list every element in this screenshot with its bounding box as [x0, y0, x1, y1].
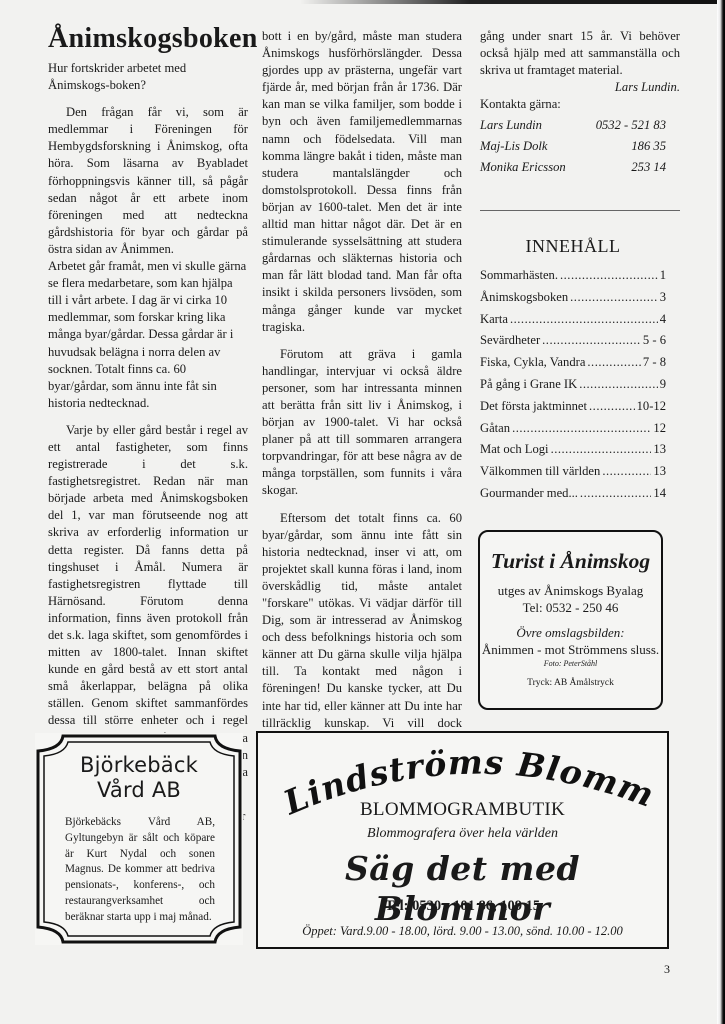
article-paragraph: gång under snart 15 år. Vi behöver också…: [480, 28, 680, 79]
article-lead: Hur fortskrider arbetet med Ånimskogs-bo…: [48, 60, 248, 94]
toc-page: 7 - 8: [643, 352, 666, 374]
printer-credit: Tryck: AB Åmålstryck: [480, 676, 661, 690]
article-title: Ånimskogsboken: [48, 22, 248, 56]
toc-label: Fiska, Cykla, Vandra: [480, 352, 585, 374]
toc-label: Det första jaktminnet: [480, 396, 587, 418]
toc-label: Gourmander med...: [480, 483, 578, 505]
toc-label: Karta: [480, 309, 508, 331]
contact-row: Lars Lundin 0532 - 521 83: [480, 115, 680, 136]
toc-item: Gourmander med...14: [480, 483, 666, 505]
article-signature: Lars Lundin.: [480, 79, 680, 96]
toc-leader: [570, 287, 658, 309]
toc-page: 9: [660, 374, 666, 396]
ad-body: Björkebäcks Vård AB, Gyltungebyn är sålt…: [65, 815, 215, 926]
ad-bjorkeback: Björkebäck Vård AB Björkebäcks Vård AB, …: [35, 733, 243, 945]
cover-label: Övre omslagsbilden:: [480, 624, 661, 641]
ad-slogan: Säg det med Blommor: [258, 849, 667, 929]
ad-tagline: Blommografera över hela världen: [258, 826, 667, 842]
colophon-tel: Tel: 0532 - 250 46: [480, 599, 661, 616]
contact-list: Lars Lundin 0532 - 521 83 Maj-Lis Dolk 1…: [480, 115, 680, 178]
toc-leader: [560, 265, 658, 287]
toc-leader: [580, 483, 651, 505]
toc-item: Sommarhästen.1: [480, 265, 666, 287]
toc-label: Välkommen till världen: [480, 461, 600, 483]
toc-item: Gåtan12: [480, 418, 666, 440]
ad-phone: Tel: 0530 - 101 86, 109 15: [258, 898, 667, 915]
ad-title-line: Vård AB: [35, 778, 243, 803]
toc-item: Mat och Logi13: [480, 439, 666, 461]
toc-page: 3: [660, 287, 666, 309]
toc-label: Sommarhästen.: [480, 265, 558, 287]
toc-label: Mat och Logi: [480, 439, 549, 461]
toc-leader: [551, 439, 652, 461]
ad-title: Björkebäck Vård AB: [35, 753, 243, 803]
ad-subtitle: BLOMMOGRAMBUTIK: [258, 799, 667, 821]
toc-item: På gång i Grane IK9: [480, 374, 666, 396]
toc-page: 1: [660, 265, 666, 287]
scan-edge-shadow: [300, 0, 725, 4]
contact-name: Monika Ericsson: [480, 157, 566, 178]
contact-heading: Kontakta gärna:: [480, 96, 680, 113]
toc-label: Ånimskogsboken: [480, 287, 568, 309]
colophon-box: Turist i Ånimskog utges av Ånimskogs Bya…: [478, 530, 663, 710]
contact-row: Monika Ericsson 253 14: [480, 157, 680, 178]
toc-leader: [510, 309, 658, 331]
table-of-contents: INNEHÅLL Sommarhästen.1 Ånimskogsboken3 …: [480, 236, 666, 505]
article-column-2: bott i en by/gård, måste man studera Åni…: [262, 28, 462, 834]
toc-page: 13: [653, 461, 666, 483]
article-paragraph: bott i en by/gård, måste man studera Åni…: [262, 28, 462, 336]
ad-title-line: Björkebäck: [35, 753, 243, 778]
contact-phone: 0532 - 521 83: [596, 115, 666, 136]
toc-label: Sevärdheter: [480, 330, 540, 352]
toc-label: På gång i Grane IK: [480, 374, 577, 396]
toc-page: 12: [653, 418, 666, 440]
ad-opening-hours: Öppet: Vard.9.00 - 18.00, lörd. 9.00 - 1…: [258, 924, 667, 939]
contact-name: Maj-Lis Dolk: [480, 136, 548, 157]
ad-lindstroms-blommor: Lindströms Blommor BLOMMOGRAMBUTIK Blomm…: [256, 731, 669, 949]
colophon-publisher: utges av Ånimskogs Byalag: [480, 582, 661, 599]
toc-item: Ånimskogsboken3: [480, 287, 666, 309]
toc-page: 14: [653, 483, 666, 505]
toc-leader: [589, 396, 635, 418]
contact-name: Lars Lundin: [480, 115, 542, 136]
article-paragraph: Förutom att gräva i gamla handlingar, in…: [262, 346, 462, 500]
contact-phone: 186 35: [631, 136, 666, 157]
photo-credit: Foto: PeterStåhl: [480, 658, 661, 670]
toc-leader: [512, 418, 651, 440]
cover-caption: Ånimmen - mot Strömmens sluss.: [480, 641, 661, 658]
article-column-1: Ånimskogsboken Hur fortskrider arbetet m…: [48, 22, 248, 825]
toc-leader: [602, 461, 651, 483]
contact-phone: 253 14: [631, 157, 666, 178]
article-paragraph: Arbetet går framåt, men vi skulle gärna …: [48, 258, 248, 412]
toc-item: Fiska, Cykla, Vandra7 - 8: [480, 352, 666, 374]
page-number: 3: [664, 962, 670, 977]
toc-leader: [587, 352, 641, 374]
article-paragraph: Den frågan får vi, som är medlemmar i Fö…: [48, 104, 248, 258]
toc-item: Välkommen till världen13: [480, 461, 666, 483]
toc-label: Gåtan: [480, 418, 510, 440]
toc-page: 4: [660, 309, 666, 331]
toc-title: INNEHÅLL: [480, 236, 666, 257]
article-column-3: gång under snart 15 år. Vi behöver också…: [480, 28, 680, 211]
toc-leader: [542, 330, 641, 352]
toc-item: Det första jaktminnet10-12: [480, 396, 666, 418]
toc-page: 5 - 6: [643, 330, 666, 352]
divider: [480, 210, 680, 211]
colophon-title: Turist i Ånimskog: [480, 548, 661, 574]
toc-leader: [579, 374, 657, 396]
toc-item: Karta4: [480, 309, 666, 331]
toc-item: Sevärdheter5 - 6: [480, 330, 666, 352]
toc-page: 10-12: [637, 396, 666, 418]
toc-page: 13: [653, 439, 666, 461]
contact-row: Maj-Lis Dolk 186 35: [480, 136, 680, 157]
scan-right-edge: [717, 0, 725, 1024]
